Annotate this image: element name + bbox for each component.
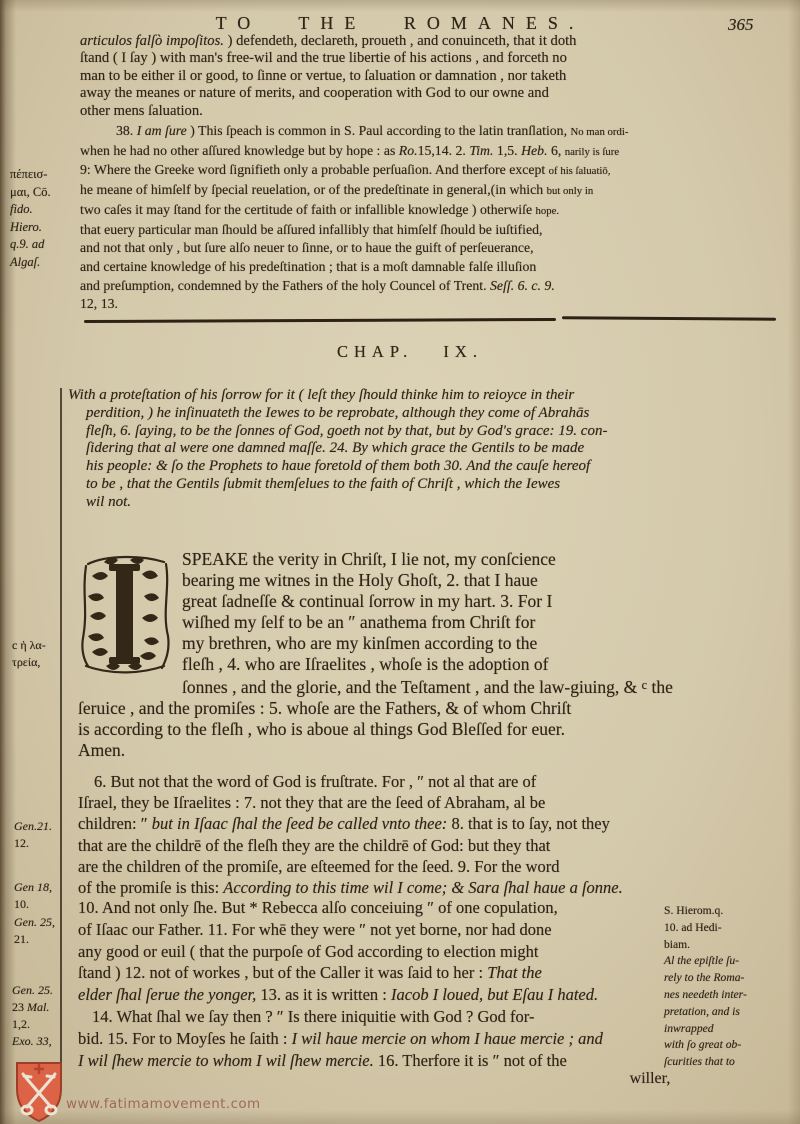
text-line: is according to the fleſh , who is aboue… — [78, 719, 786, 740]
text-segment: are the children of the promiſe, are eſt… — [78, 857, 560, 876]
section-divider-rule-right — [562, 316, 776, 320]
margin-note-greek-hiero: πέπεισ-μαι, Cō.fido.Hiero.q.9. adAlgaſ. — [10, 166, 76, 272]
text-segment: 1,5. — [493, 143, 521, 158]
margin-ref-gen-25: Gen. 25,21. — [14, 914, 76, 948]
text-line: Exo. 33, — [12, 1033, 78, 1050]
text-segment: and certaine knowledge of his predeſtina… — [80, 259, 536, 274]
text-line: S. Hierom.q. — [664, 903, 798, 920]
text-segment: of his ſaluatiō, — [549, 165, 611, 177]
text-segment: bid. 15. For to Moyſes he ſaith : — [78, 1029, 292, 1048]
text-line: and certaine knowledge of his predeſtina… — [80, 258, 796, 277]
text-segment: SPEAKE the verity in Chriſt, I lie not, … — [182, 549, 556, 569]
text-segment: 23 — [12, 1000, 27, 1014]
text-segment: With a proteſtation of his ſorrow for it… — [68, 387, 574, 403]
text-segment: 21. — [14, 932, 29, 946]
text-line: man to be either il or good, to ſinne or… — [80, 68, 794, 85]
text-line: c ἡ λα- — [12, 637, 72, 654]
text-line: 9: Where the Greeke word ſignifieth only… — [80, 161, 796, 181]
chapter-heading: CHAP. IX. — [60, 342, 760, 362]
text-segment: 6. But not that the word of God is fruſt… — [94, 772, 536, 791]
annotation-paragraph-38: 38. I am ſure ) This ſpeach is common in… — [80, 122, 796, 314]
text-segment: away the meanes or nature of merits, and… — [80, 85, 549, 101]
text-segment: when he had no other aſſured knowledge b… — [80, 143, 399, 158]
margin-note-hierom-hedibia: S. Hierom.q.10. ad Hedi-biam.Al the epiſ… — [664, 903, 798, 1071]
text-line: Amen. — [78, 740, 786, 761]
text-segment: No man ordi- — [570, 126, 628, 138]
text-segment: perdition, ) he inſinuateth the Iewes to… — [86, 405, 589, 421]
text-segment: ſeruice , and the promiſes : 5. whoſe ar… — [78, 698, 571, 718]
margin-ref-gen-21: Gen.21.12. — [14, 818, 76, 852]
text-segment: Heb. — [521, 143, 547, 158]
text-segment: any good or euil ( that the purpoſe of G… — [78, 942, 539, 961]
text-segment: 16. Therfore it is ″ not of the — [374, 1051, 567, 1070]
text-line: articulos falſò impoſitos. ) defendeth, … — [80, 33, 794, 50]
text-segment: Algaſ. — [10, 255, 40, 269]
text-segment: fleſh, 6. ſaying, to be the ſonnes of Go… — [86, 423, 607, 439]
text-segment: of Iſaac our Father. 11. For whē they we… — [78, 920, 552, 939]
text-segment: pretation, and is — [664, 1005, 740, 1018]
text-line: pretation, and is — [664, 1004, 798, 1021]
text-line: wil not. — [86, 494, 772, 512]
text-line: Al the epiſtle ſu- — [664, 953, 798, 970]
text-line: With a proteſtation of his ſorrow for it… — [68, 387, 772, 405]
text-segment: ſtand ( I ſay ) with man's free-wil and … — [80, 50, 567, 66]
text-line: q.9. ad — [10, 236, 76, 254]
text-segment: elder ſhal ſerue the yonger, — [78, 985, 256, 1004]
crossed-keys-shield-icon — [13, 1055, 65, 1124]
margin-note-greek-latreia: c ἡ λα-τρεία, — [12, 637, 72, 671]
text-line: willer, — [580, 1070, 720, 1088]
text-segment: ) defendeth, declareth, proueth , and co… — [224, 33, 577, 49]
text-line: 38. I am ſure ) This ſpeach is common in… — [80, 122, 796, 142]
text-segment: wil not. — [86, 494, 131, 510]
text-segment: two caſes it may ſtand for the certitude… — [80, 202, 536, 217]
text-segment: Gen 18, — [14, 880, 52, 894]
text-segment: ſidering that al were one damned maſſe. … — [86, 440, 584, 456]
text-segment: my brethren, who are my kinſmen accordin… — [182, 633, 537, 653]
text-segment: articulos falſò impoſitos. — [80, 33, 224, 49]
text-segment: 15,14. 2. — [418, 143, 470, 158]
text-segment: Gen.21. — [14, 819, 52, 833]
text-segment: willer, — [630, 1070, 671, 1087]
text-segment: with ſo great ob- — [664, 1038, 741, 1051]
text-line: and preſumption, condemned by the Father… — [80, 277, 796, 296]
text-line: ſonnes , and the glorie, and the Teſtame… — [78, 675, 786, 698]
text-segment: but only in — [547, 185, 594, 197]
text-segment: Gen. 25. — [12, 983, 53, 997]
text-line: ſidering that al were one damned maſſe. … — [86, 440, 772, 458]
text-segment: 38. — [116, 123, 137, 138]
text-segment: That the — [487, 963, 542, 982]
verse-paragraph-1: SPEAKE the verity in Chriſt, I lie not, … — [78, 549, 786, 761]
text-segment: his people: & ſo the Prophets to haue fo… — [86, 458, 590, 474]
text-segment: 1,2. — [12, 1017, 30, 1031]
catchword: willer, — [580, 1070, 720, 1088]
text-line: Gen 18, — [14, 879, 76, 896]
text-segment: Gen. 25, — [14, 915, 55, 929]
text-line: to be , that the Gentils ſubmit themſelu… — [86, 476, 772, 494]
text-line: τρεία, — [12, 654, 72, 671]
text-segment: and preſumption, condemned by the Father… — [80, 278, 490, 293]
text-segment: 12. — [14, 836, 29, 850]
text-segment: I am ſure — [137, 123, 191, 138]
text-segment: 10. — [14, 897, 29, 911]
text-segment: 14. What ſhal we ſay then ? ″ Is there i… — [92, 1007, 534, 1026]
text-line: are the children of the promiſe, are eſt… — [78, 856, 796, 877]
text-line: Hiero. — [10, 219, 76, 237]
text-segment: Mal. — [27, 1000, 49, 1014]
text-line: μαι, Cō. — [10, 184, 76, 202]
margin-ref-gen-18: Gen 18,10. — [14, 879, 76, 913]
text-segment: bearing me witnes in the Holy Ghoſt, 2. … — [182, 570, 538, 590]
text-line: πέπεισ- — [10, 166, 76, 184]
text-segment: children: ″ — [78, 814, 152, 833]
text-segment: the — [647, 677, 673, 697]
margin-column-rule — [60, 388, 62, 1064]
text-segment: ) This ſpeach is common in S. Paul accor… — [190, 123, 570, 138]
text-line: 10. — [14, 896, 76, 913]
text-line: Algaſ. — [10, 254, 76, 272]
text-segment: 8. that is to ſay, not they — [447, 814, 610, 833]
text-line: rely to the Roma- — [664, 970, 798, 987]
text-line: ſcurities that to — [664, 1054, 798, 1071]
text-segment: fido. — [10, 202, 33, 216]
text-segment: ſtand ) 12. not of workes , but of the C… — [78, 963, 487, 982]
text-segment: ſcurities that to — [664, 1055, 735, 1068]
text-segment: rely to the Roma- — [664, 971, 744, 984]
text-line: two caſes it may ſtand for the certitude… — [80, 201, 796, 221]
text-segment: 6, — [548, 143, 565, 158]
text-line: fleſh, 6. ſaying, to be the ſonnes of Go… — [86, 423, 772, 441]
text-segment: hope. — [536, 205, 560, 217]
text-segment: Al the epiſtle ſu- — [664, 954, 739, 967]
text-segment: he meane of himſelf by ſpecial reuelatio… — [80, 182, 547, 197]
text-line: 1,2. — [12, 1016, 78, 1033]
text-segment: Seſſ. 6. c. 9. — [490, 278, 555, 293]
text-line: Gen.21. — [14, 818, 76, 835]
text-line: that are the childrē of the fleſh they a… — [78, 835, 796, 856]
text-line: other mens ſaluation. — [80, 103, 794, 120]
text-line: Gen. 25. — [12, 982, 78, 999]
text-segment: narily is ſure — [565, 146, 619, 158]
text-segment: 10. ad Hedi- — [664, 921, 722, 934]
text-segment: S. Hierom.q. — [664, 904, 723, 917]
text-segment: According to this time wil I come; & Sar… — [223, 878, 622, 897]
text-segment: Iſrael, they be Iſraelites : 7. not they… — [78, 793, 545, 812]
text-segment: biam. — [664, 938, 690, 951]
text-line: fleſh , 4. who are Iſraelites , whoſe is… — [78, 654, 786, 675]
text-line: and not that only , but ſure alſo neuer … — [80, 239, 796, 258]
text-segment: τρεία, — [12, 655, 40, 669]
text-segment: to be , that the Gentils ſubmit themſelu… — [86, 476, 560, 492]
text-segment: and not that only , but ſure alſo neuer … — [80, 240, 534, 255]
text-line: nes needeth inter- — [664, 987, 798, 1004]
page-header-title: TO THE ROMANES. — [0, 13, 800, 34]
text-segment: ſonnes , and the glorie, and the Teſtame… — [182, 677, 642, 697]
text-segment: μαι, Cō. — [10, 185, 51, 199]
text-segment: that euery particular man ſhould be aſſu… — [80, 222, 542, 237]
text-segment: nes needeth inter- — [664, 988, 747, 1001]
text-segment: is according to the fleſh , who is aboue… — [78, 719, 565, 739]
text-line: children: ″ but in Iſaac ſhal the ſeed b… — [78, 813, 796, 834]
text-segment: 13. as it is written : — [256, 985, 391, 1004]
text-line: with ſo great ob- — [664, 1037, 798, 1054]
book-page-scan: TO THE ROMANES. 365 articulos falſò impo… — [0, 0, 800, 1124]
page-number: 365 — [728, 15, 754, 35]
woodcut-initial-I-icon — [78, 552, 172, 676]
text-line: 12. — [14, 835, 76, 852]
text-segment: c ἡ λα- — [12, 638, 46, 652]
text-line: his people: & ſo the Prophets to haue fo… — [86, 458, 772, 476]
text-segment: Exo. 33, — [12, 1034, 52, 1048]
text-segment: Tim. — [469, 143, 493, 158]
chapter-argument-summary: With a proteſtation of his ſorrow for it… — [68, 387, 772, 512]
section-divider-rule-left — [84, 318, 556, 323]
text-segment: 10. And not only ſhe. But * Rebecca alſo… — [78, 898, 558, 917]
margin-ref-gen-mal-exo: Gen. 25.23 Mal.1,2.Exo. 33, — [12, 982, 78, 1050]
text-segment: but in Iſaac ſhal the ſeed be called vnt… — [152, 814, 448, 833]
text-line: great ſadneſſe & continual ſorrow in my … — [78, 591, 786, 612]
text-line: when he had no other aſſured knowledge b… — [80, 142, 796, 162]
annotation-paragraph-continued: articulos falſò impoſitos. ) defendeth, … — [80, 33, 794, 120]
text-line: 23 Mal. — [12, 999, 78, 1016]
text-segment: Ro. — [399, 143, 418, 158]
watermark-url-text: www.fatimamovement.com — [66, 1096, 261, 1112]
text-segment: 9: Where the Greeke word ſignifieth only… — [80, 162, 549, 177]
text-line: that euery particular man ſhould be aſſu… — [80, 221, 796, 240]
text-line: inwrapped — [664, 1021, 798, 1038]
text-line: he meane of himſelf by ſpecial reuelatio… — [80, 181, 796, 201]
text-line: SPEAKE the verity in Chriſt, I lie not, … — [78, 549, 786, 570]
text-segment: I wil ſhew mercie to whom I wil ſhew mer… — [78, 1051, 374, 1070]
text-segment: inwrapped — [664, 1022, 714, 1035]
text-segment: great ſadneſſe & continual ſorrow in my … — [182, 591, 552, 611]
text-segment: wiſhed my ſelf to be an ″ anathema from … — [182, 612, 535, 632]
text-line: Gen. 25, — [14, 914, 76, 931]
text-segment: q.9. ad — [10, 237, 44, 251]
text-line: 10. ad Hedi- — [664, 920, 798, 937]
text-line: ſtand ( I ſay ) with man's free-wil and … — [80, 50, 794, 67]
text-line: of the promiſe is this: According to thi… — [78, 877, 796, 898]
text-segment: that are the childrē of the fleſh they a… — [78, 836, 550, 855]
text-line: bearing me witnes in the Holy Ghoſt, 2. … — [78, 570, 786, 591]
text-line: my brethren, who are my kinſmen accordin… — [78, 633, 786, 654]
text-segment: fleſh , 4. who are Iſraelites , whoſe is… — [182, 654, 548, 674]
text-segment: man to be either il or good, to ſinne or… — [80, 68, 566, 84]
text-line: fido. — [10, 201, 76, 219]
text-segment: I wil haue mercie on whom I haue mercie … — [292, 1029, 603, 1048]
text-line: biam. — [664, 937, 798, 954]
text-line: away the meanes or nature of merits, and… — [80, 85, 794, 102]
text-segment: of the promiſe is this: — [78, 878, 223, 897]
text-segment: Amen. — [78, 740, 125, 760]
text-line: 21. — [14, 931, 76, 948]
text-segment: 12, 13. — [80, 296, 118, 311]
text-line: 6. But not that the word of God is fruſt… — [78, 771, 796, 792]
text-line: perdition, ) he inſinuateth the Iewes to… — [86, 405, 772, 423]
text-line: ſeruice , and the promiſes : 5. whoſe ar… — [78, 698, 786, 719]
verse-paragraph-6: 6. But not that the word of God is fruſt… — [78, 771, 796, 898]
text-segment: Hiero. — [10, 220, 42, 234]
text-line: 12, 13. — [80, 295, 796, 314]
text-segment: πέπεισ- — [10, 167, 47, 181]
text-line: wiſhed my ſelf to be an ″ anathema from … — [78, 612, 786, 633]
text-segment: Iacob I loued, but Eſau I hated. — [391, 985, 598, 1004]
text-segment: other mens ſaluation. — [80, 103, 203, 119]
text-line: Iſrael, they be Iſraelites : 7. not they… — [78, 792, 796, 813]
